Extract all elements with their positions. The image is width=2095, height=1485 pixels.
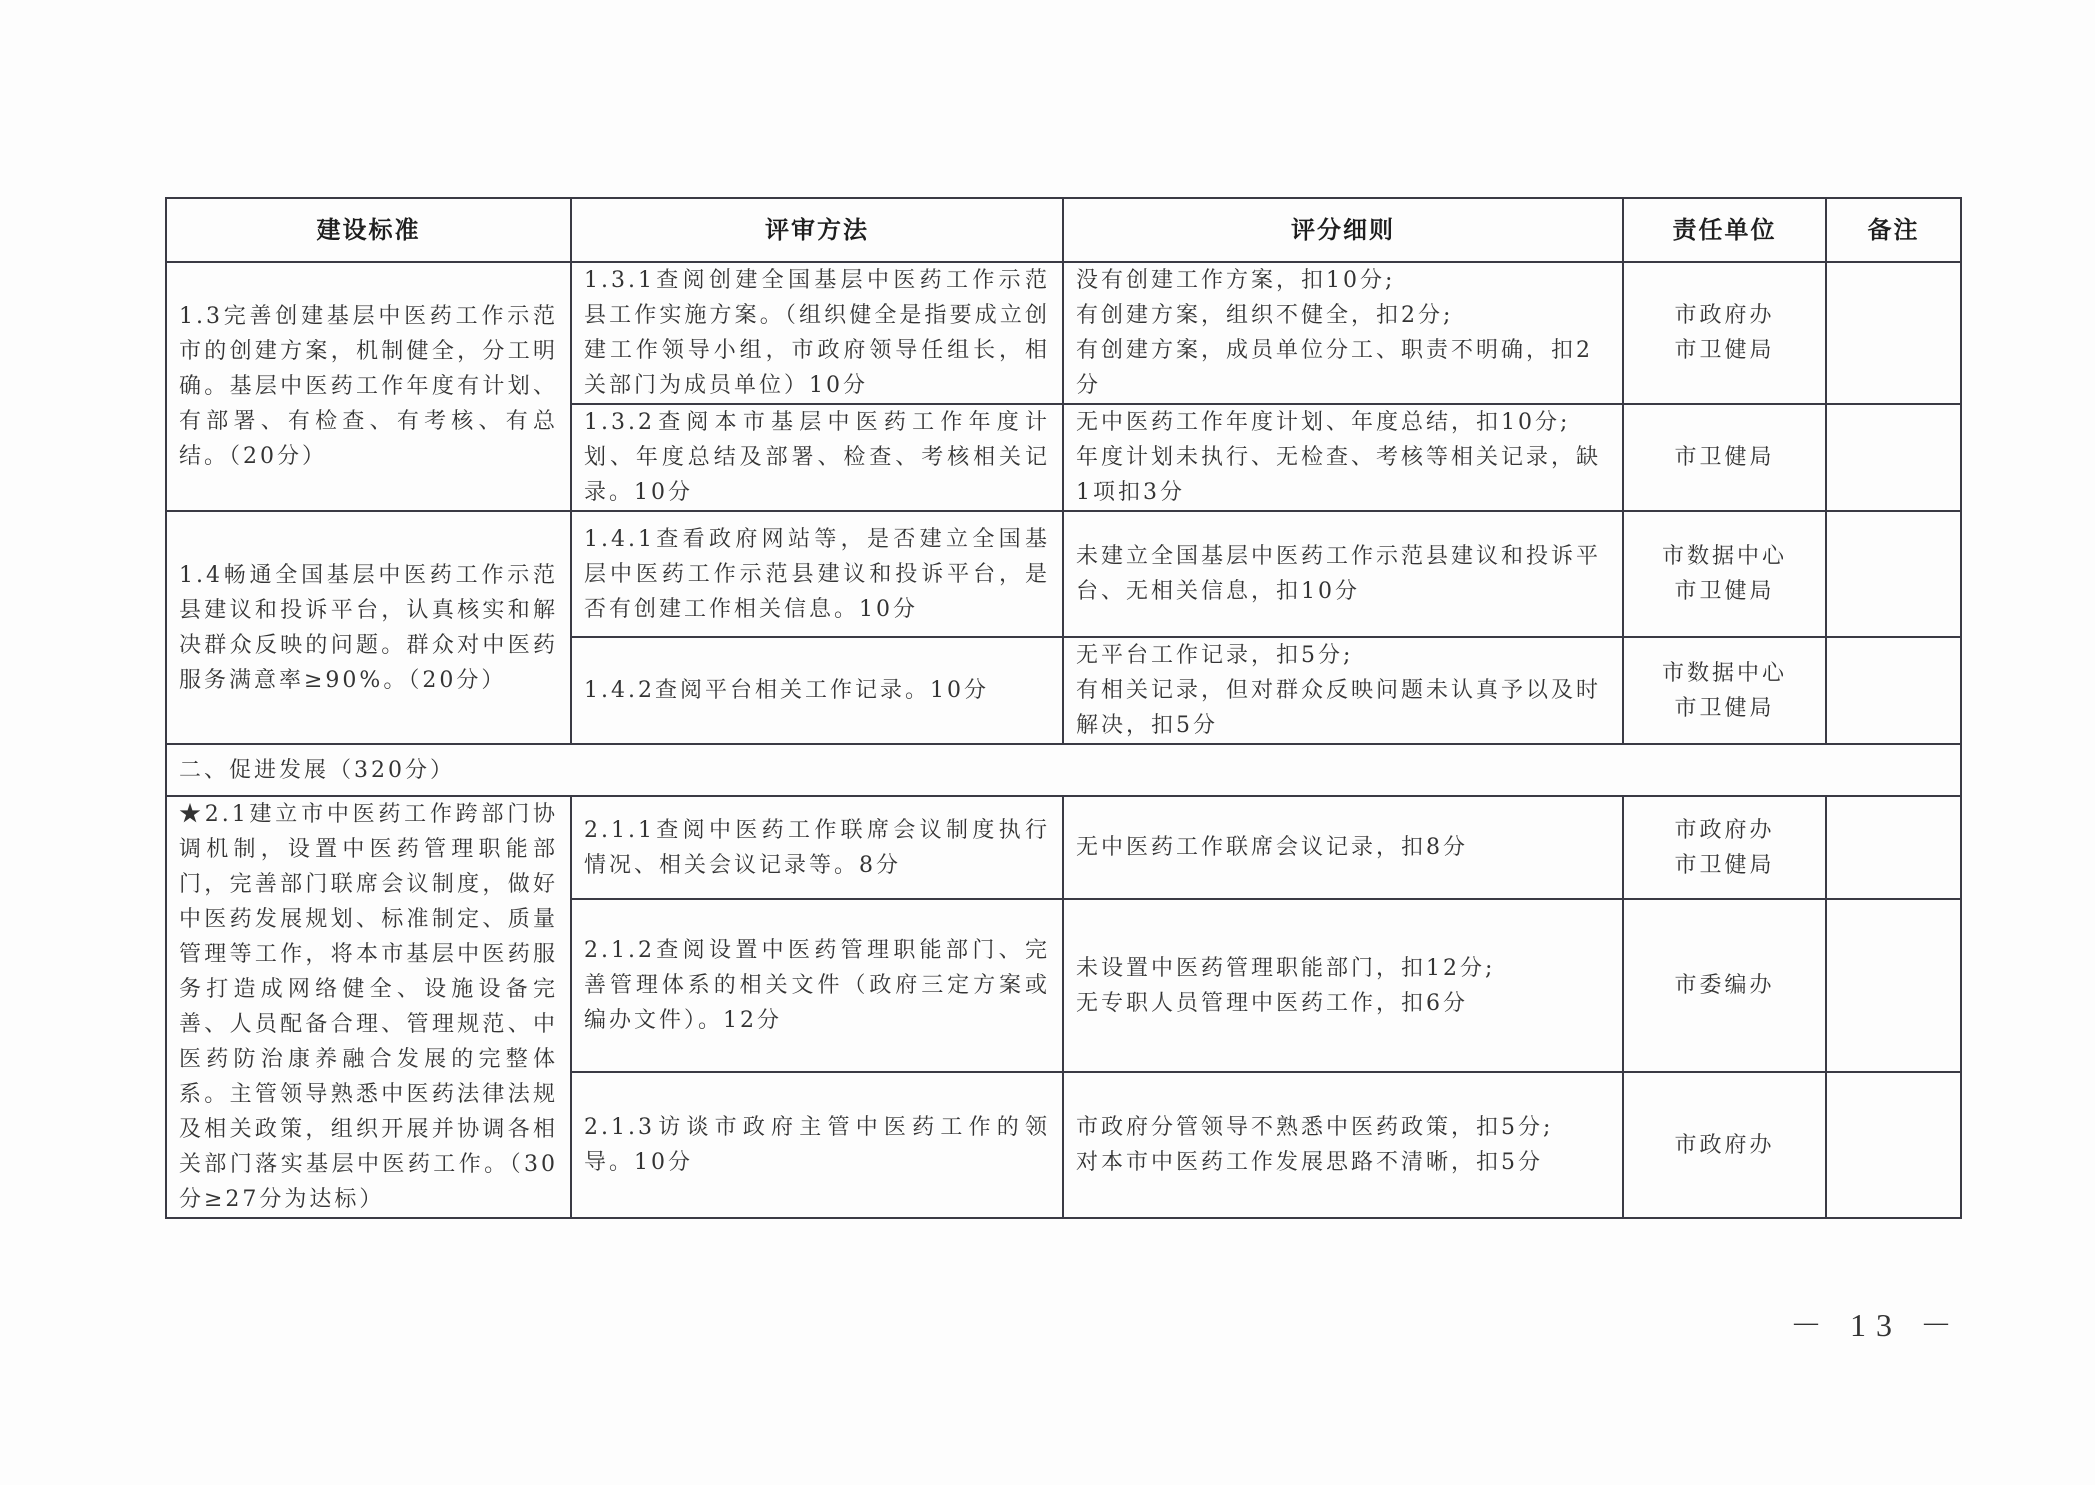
section-row: 二、促进发展（320分） bbox=[166, 744, 1961, 796]
remarks-cell bbox=[1826, 899, 1961, 1072]
header-remarks: 备注 bbox=[1826, 198, 1961, 262]
scoring-line: 未设置中医药管理职能部门，扣12分; bbox=[1076, 951, 1610, 986]
document-page: 建设标准 评审方法 评分细则 责任单位 备注 1.3完善创建基层中医药工作示范市… bbox=[0, 0, 2095, 1485]
responsible-unit: 市卫健局 bbox=[1636, 848, 1813, 883]
scoring-cell: 无平台工作记录，扣5分; 有相关记录，但对群众反映问题未认真予以及时解决，扣5分 bbox=[1063, 637, 1623, 744]
responsible-cell: 市政府办 市卫健局 bbox=[1623, 262, 1826, 404]
remarks-cell bbox=[1826, 511, 1961, 637]
responsible-unit: 市政府办 bbox=[1636, 298, 1813, 333]
responsible-unit: 市政府办 bbox=[1636, 813, 1813, 848]
standard-cell: ★2.1建立市中医药工作跨部门协调机制，设置中医药管理职能部门，完善部门联席会议… bbox=[166, 796, 571, 1218]
method-cell: 1.4.2查阅平台相关工作记录。10分 bbox=[571, 637, 1063, 744]
responsible-unit: 市卫健局 bbox=[1636, 691, 1813, 726]
remarks-cell bbox=[1826, 262, 1961, 404]
scoring-line: 年度计划未执行、无检查、考核等相关记录，缺1项扣3分 bbox=[1076, 440, 1610, 510]
scoring-line: 对本市中医药工作发展思路不清晰，扣5分 bbox=[1076, 1145, 1610, 1180]
standard-cell: 1.4畅通全国基层中医药工作示范县建议和投诉平台，认真核实和解决群众反映的问题。… bbox=[166, 511, 571, 744]
table-row: ★2.1建立市中医药工作跨部门协调机制，设置中医药管理职能部门，完善部门联席会议… bbox=[166, 796, 1961, 899]
scoring-line: 无中医药工作联席会议记录，扣8分 bbox=[1076, 830, 1610, 865]
remarks-cell bbox=[1826, 637, 1961, 744]
header-scoring: 评分细则 bbox=[1063, 198, 1623, 262]
scoring-line: 有创建方案，成员单位分工、职责不明确，扣2分 bbox=[1076, 333, 1610, 403]
standard-cell: 1.3完善创建基层中医药工作示范市的创建方案，机制健全，分工明确。基层中医药工作… bbox=[166, 262, 571, 511]
method-cell: 1.3.2查阅本市基层中医药工作年度计划、年度总结及部署、检查、考核相关记录。1… bbox=[571, 404, 1063, 511]
scoring-line: 有创建方案，组织不健全，扣2分; bbox=[1076, 298, 1610, 333]
scoring-line: 市政府分管领导不熟悉中医药政策，扣5分; bbox=[1076, 1110, 1610, 1145]
scoring-cell: 未设置中医药管理职能部门，扣12分; 无专职人员管理中医药工作，扣6分 bbox=[1063, 899, 1623, 1072]
table-row: 1.3完善创建基层中医药工作示范市的创建方案，机制健全，分工明确。基层中医药工作… bbox=[166, 262, 1961, 404]
header-standard: 建设标准 bbox=[166, 198, 571, 262]
responsible-unit: 市政府办 bbox=[1636, 1128, 1813, 1163]
scoring-cell: 市政府分管领导不熟悉中医药政策，扣5分; 对本市中医药工作发展思路不清晰，扣5分 bbox=[1063, 1072, 1623, 1218]
scoring-line: 无专职人员管理中医药工作，扣6分 bbox=[1076, 986, 1610, 1021]
responsible-cell: 市政府办 bbox=[1623, 1072, 1826, 1218]
scoring-line: 无中医药工作年度计划、年度总结，扣10分; bbox=[1076, 405, 1610, 440]
page-number: － 13 － bbox=[1790, 1300, 1962, 1346]
responsible-unit: 市数据中心 bbox=[1636, 656, 1813, 691]
method-cell: 2.1.2查阅设置中医药管理职能部门、完善管理体系的相关文件（政府三定方案或编办… bbox=[571, 899, 1063, 1072]
responsible-unit: 市卫健局 bbox=[1636, 574, 1813, 609]
table-row: 1.4畅通全国基层中医药工作示范县建议和投诉平台，认真核实和解决群众反映的问题。… bbox=[166, 511, 1961, 637]
section-heading: 二、促进发展（320分） bbox=[166, 744, 1961, 796]
remarks-cell bbox=[1826, 796, 1961, 899]
responsible-cell: 市数据中心 市卫健局 bbox=[1623, 511, 1826, 637]
method-cell: 1.3.1查阅创建全国基层中医药工作示范县工作实施方案。（组织健全是指要成立创建… bbox=[571, 262, 1063, 404]
evaluation-table: 建设标准 评审方法 评分细则 责任单位 备注 1.3完善创建基层中医药工作示范市… bbox=[165, 197, 1962, 1219]
responsible-unit: 市卫健局 bbox=[1636, 333, 1813, 368]
remarks-cell bbox=[1826, 404, 1961, 511]
scoring-line: 无平台工作记录，扣5分; bbox=[1076, 638, 1610, 673]
scoring-cell: 没有创建工作方案，扣10分; 有创建方案，组织不健全，扣2分; 有创建方案，成员… bbox=[1063, 262, 1623, 404]
scoring-cell: 无中医药工作联席会议记录，扣8分 bbox=[1063, 796, 1623, 899]
responsible-cell: 市政府办 市卫健局 bbox=[1623, 796, 1826, 899]
responsible-unit: 市数据中心 bbox=[1636, 539, 1813, 574]
header-method: 评审方法 bbox=[571, 198, 1063, 262]
method-cell: 2.1.1查阅中医药工作联席会议制度执行情况、相关会议记录等。8分 bbox=[571, 796, 1063, 899]
scoring-cell: 无中医药工作年度计划、年度总结，扣10分; 年度计划未执行、无检查、考核等相关记… bbox=[1063, 404, 1623, 511]
scoring-cell: 未建立全国基层中医药工作示范县建议和投诉平台、无相关信息，扣10分 bbox=[1063, 511, 1623, 637]
remarks-cell bbox=[1826, 1072, 1961, 1218]
responsible-cell: 市卫健局 bbox=[1623, 404, 1826, 511]
method-cell: 2.1.3访谈市政府主管中医药工作的领导。10分 bbox=[571, 1072, 1063, 1218]
scoring-line: 没有创建工作方案，扣10分; bbox=[1076, 263, 1610, 298]
scoring-line: 未建立全国基层中医药工作示范县建议和投诉平台、无相关信息，扣10分 bbox=[1076, 539, 1610, 609]
header-responsible: 责任单位 bbox=[1623, 198, 1826, 262]
scoring-line: 有相关记录，但对群众反映问题未认真予以及时解决，扣5分 bbox=[1076, 673, 1610, 743]
method-cell: 1.4.1查看政府网站等，是否建立全国基层中医药工作示范县建议和投诉平台，是否有… bbox=[571, 511, 1063, 637]
responsible-cell: 市委编办 bbox=[1623, 899, 1826, 1072]
responsible-cell: 市数据中心 市卫健局 bbox=[1623, 637, 1826, 744]
responsible-unit: 市卫健局 bbox=[1636, 440, 1813, 475]
table-header-row: 建设标准 评审方法 评分细则 责任单位 备注 bbox=[166, 198, 1961, 262]
responsible-unit: 市委编办 bbox=[1636, 968, 1813, 1003]
